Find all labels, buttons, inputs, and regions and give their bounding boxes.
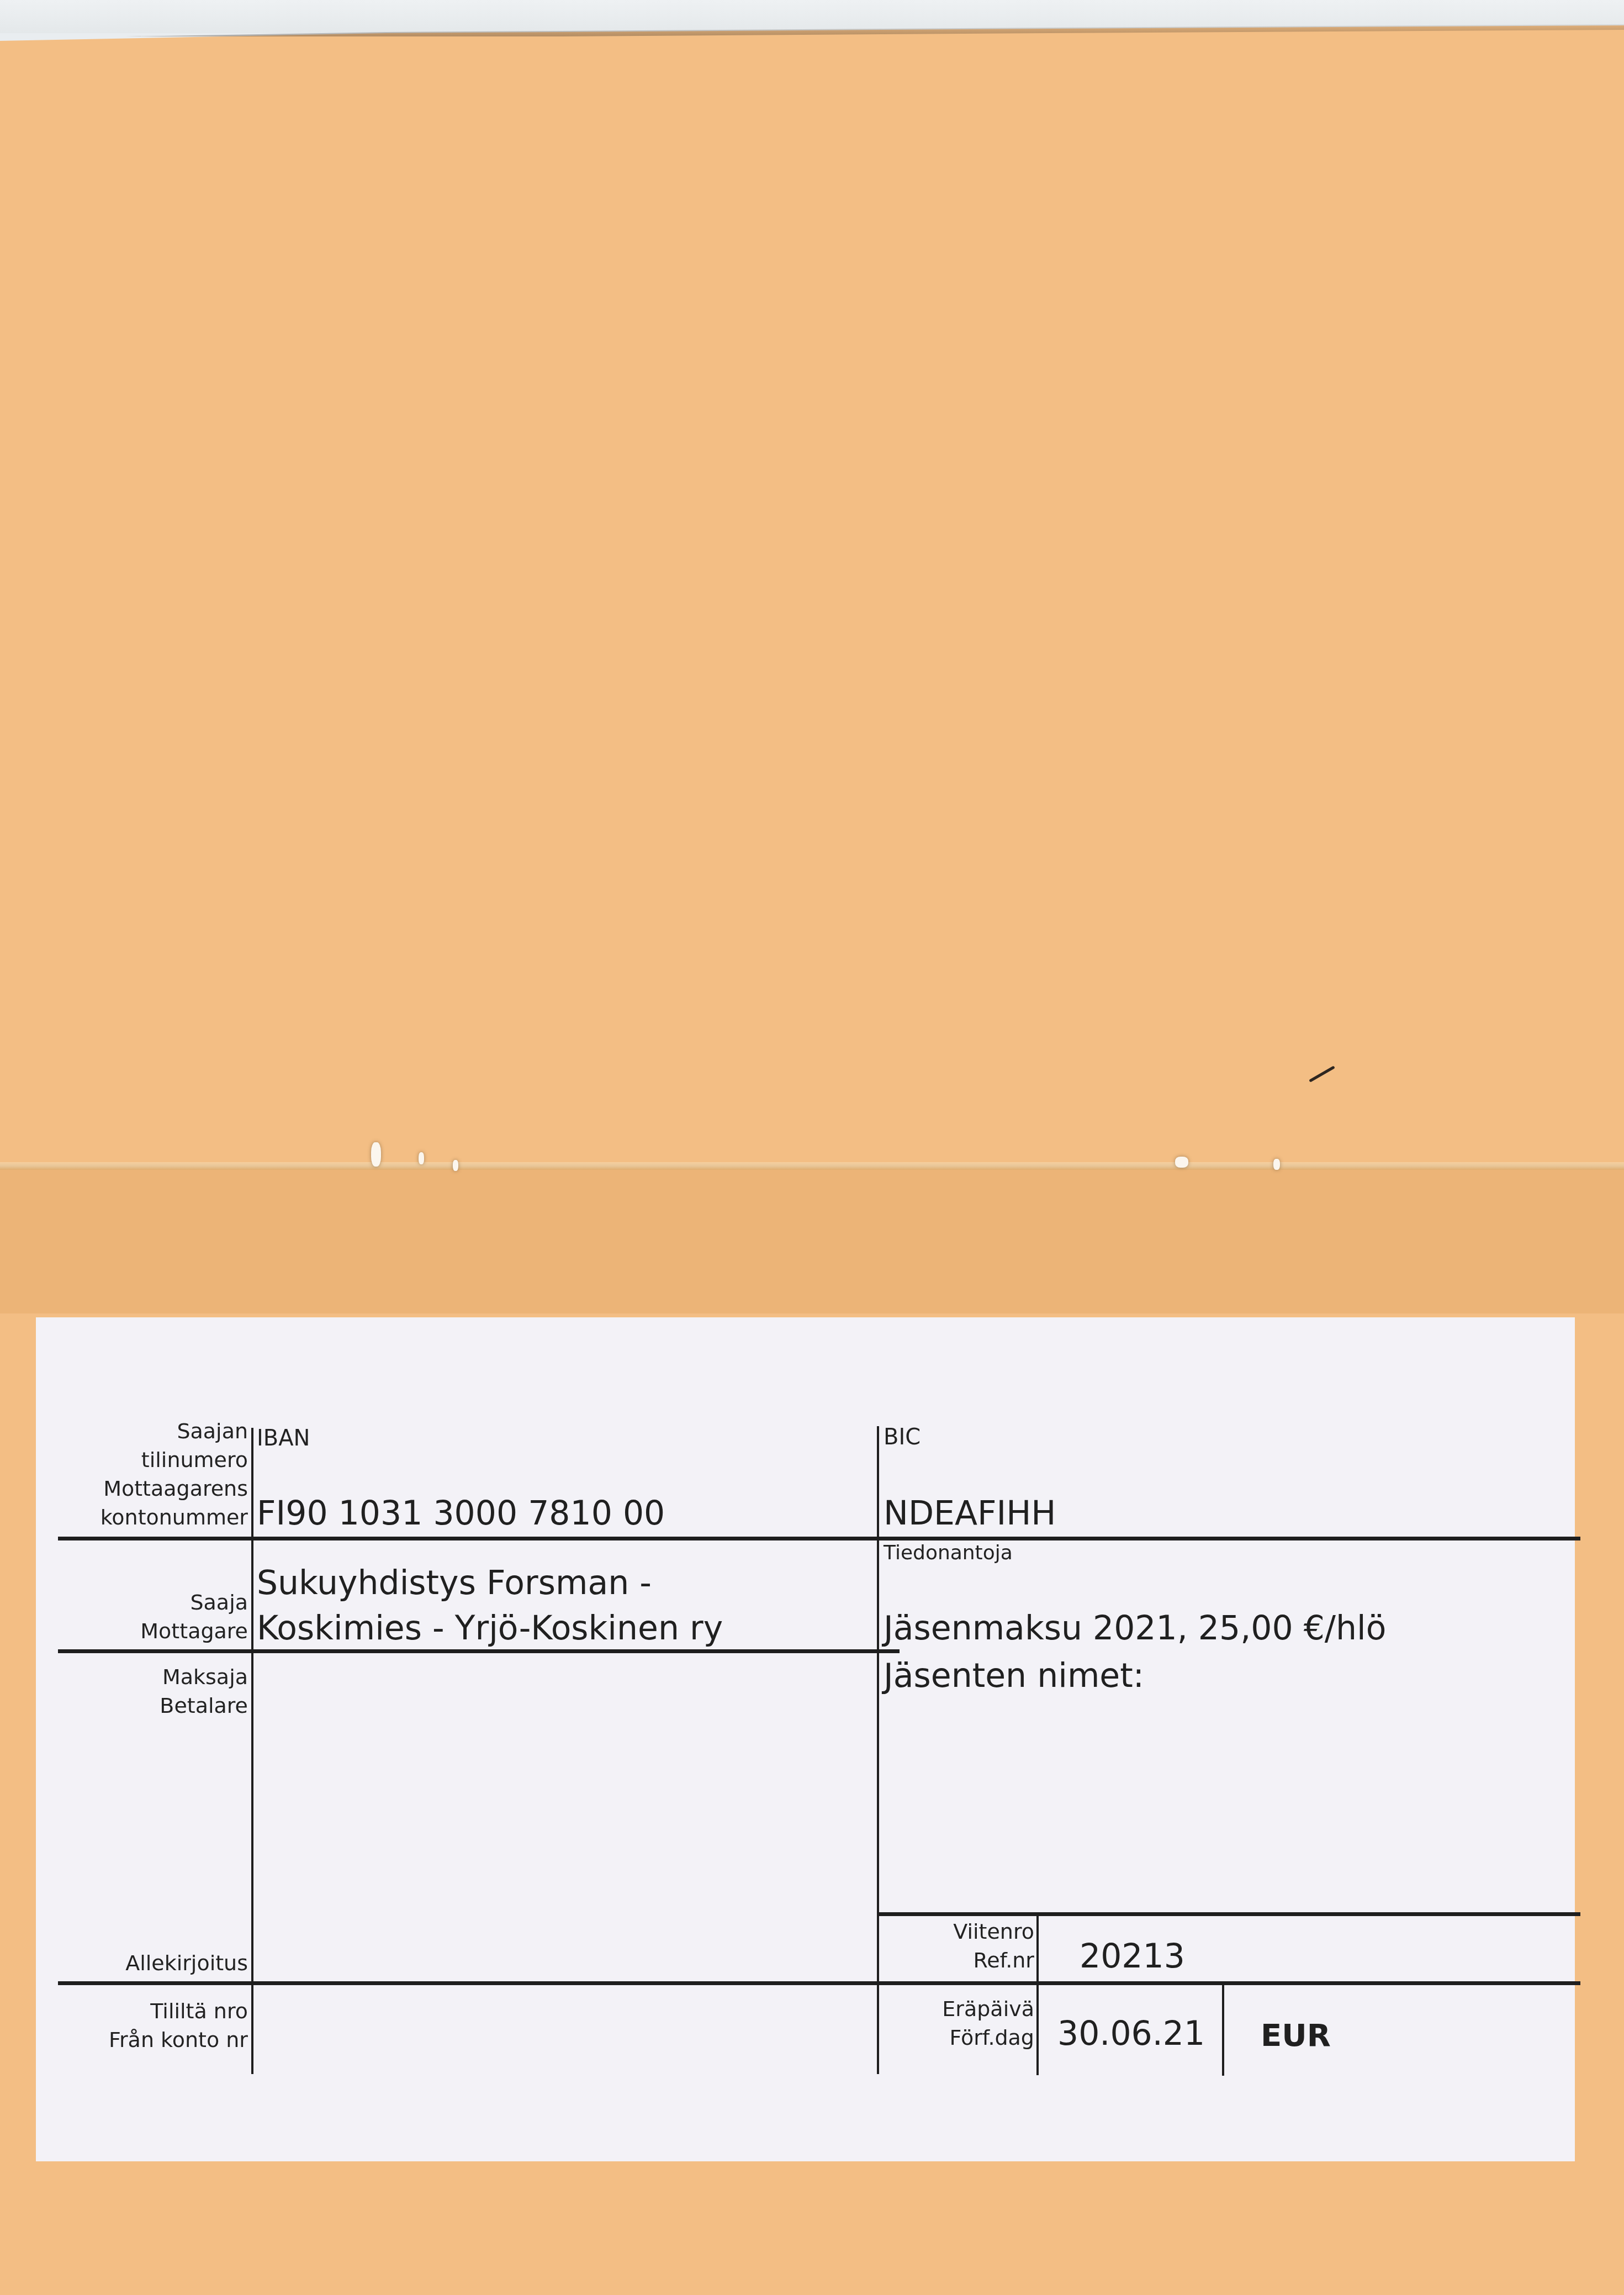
label-line: Saaja — [44, 1588, 248, 1617]
from-account-field[interactable] — [257, 1987, 874, 2075]
label-line: Mottaagarens — [44, 1474, 248, 1503]
bic-value[interactable]: NDEAFIHH — [884, 1494, 1056, 1533]
divider — [251, 1428, 253, 2074]
envelope-fold-line — [0, 1162, 1624, 1170]
fold-damage-mark — [371, 1142, 381, 1167]
value-line: Jäsenten nimet: — [884, 1652, 1386, 1700]
label-line: Tililtä nro — [44, 1997, 248, 2025]
label-line: Eräpäivä — [831, 1995, 1034, 2023]
bic-field-label: BIC — [884, 1425, 921, 1450]
label-line: Viitenro — [831, 1917, 1034, 1946]
payment-slip: Saajan tilinumero Mottaagarens kontonumm… — [36, 1317, 1575, 2161]
recipient-value[interactable]: Sukuyhdistys Forsman - Koskimies - Yrjö-… — [257, 1560, 723, 1651]
signature-label: Allekirjoitus — [44, 1949, 248, 1977]
fold-damage-mark — [419, 1152, 424, 1164]
value-line: Koskimies - Yrjö-Koskinen ry — [257, 1606, 723, 1651]
label-line: tilinumero — [44, 1445, 248, 1474]
recipient-label: Saaja Mottagare — [44, 1588, 248, 1645]
divider — [58, 1981, 1580, 1985]
amount-field[interactable] — [1339, 1987, 1577, 2075]
iban-value[interactable]: FI90 1031 3000 7810 00 — [257, 1494, 665, 1533]
fold-damage-mark — [453, 1160, 458, 1171]
iban-field-label: IBAN — [257, 1426, 310, 1451]
recipient-account-label: Saajan tilinumero Mottaagarens kontonumm… — [44, 1417, 248, 1532]
message-field-label: Tiedonantoja — [884, 1542, 1013, 1564]
label-line: Mottagare — [44, 1617, 248, 1645]
envelope-lower-flap — [0, 1170, 1624, 1313]
label-line: Saajan — [44, 1417, 248, 1445]
label-line: Ref.nr — [831, 1946, 1034, 1975]
label-line: Förf.dag — [831, 2023, 1034, 2052]
label-line: Maksaja — [44, 1663, 248, 1691]
label-line: Betalare — [44, 1691, 248, 1720]
divider — [1222, 1984, 1224, 2076]
reference-label: Viitenro Ref.nr — [831, 1917, 1034, 1975]
message-value[interactable]: Jäsenmaksu 2021, 25,00 €/hlö Jäsenten ni… — [884, 1605, 1386, 1700]
divider — [58, 1537, 1580, 1540]
divider — [877, 1912, 1580, 1916]
label-line: kontonummer — [44, 1503, 248, 1532]
from-account-label: Tililtä nro Från konto nr — [44, 1997, 248, 2054]
currency-value: EUR — [1261, 2018, 1331, 2054]
fold-damage-mark — [1273, 1159, 1280, 1170]
reference-value[interactable]: 20213 — [1080, 1937, 1185, 1976]
due-date-value[interactable]: 30.06.21 — [1057, 2014, 1205, 2053]
value-line: Sukuyhdistys Forsman - — [257, 1560, 723, 1606]
due-date-label: Eräpäivä Förf.dag — [831, 1995, 1034, 2052]
fold-damage-mark — [1175, 1157, 1188, 1168]
value-line: Jäsenmaksu 2021, 25,00 €/hlö — [884, 1605, 1386, 1652]
signature-field[interactable] — [257, 1870, 874, 1978]
divider — [877, 1426, 879, 2074]
label-line: Från konto nr — [44, 2025, 248, 2054]
payer-label: Maksaja Betalare — [44, 1663, 248, 1720]
divider — [1036, 1915, 1039, 2075]
